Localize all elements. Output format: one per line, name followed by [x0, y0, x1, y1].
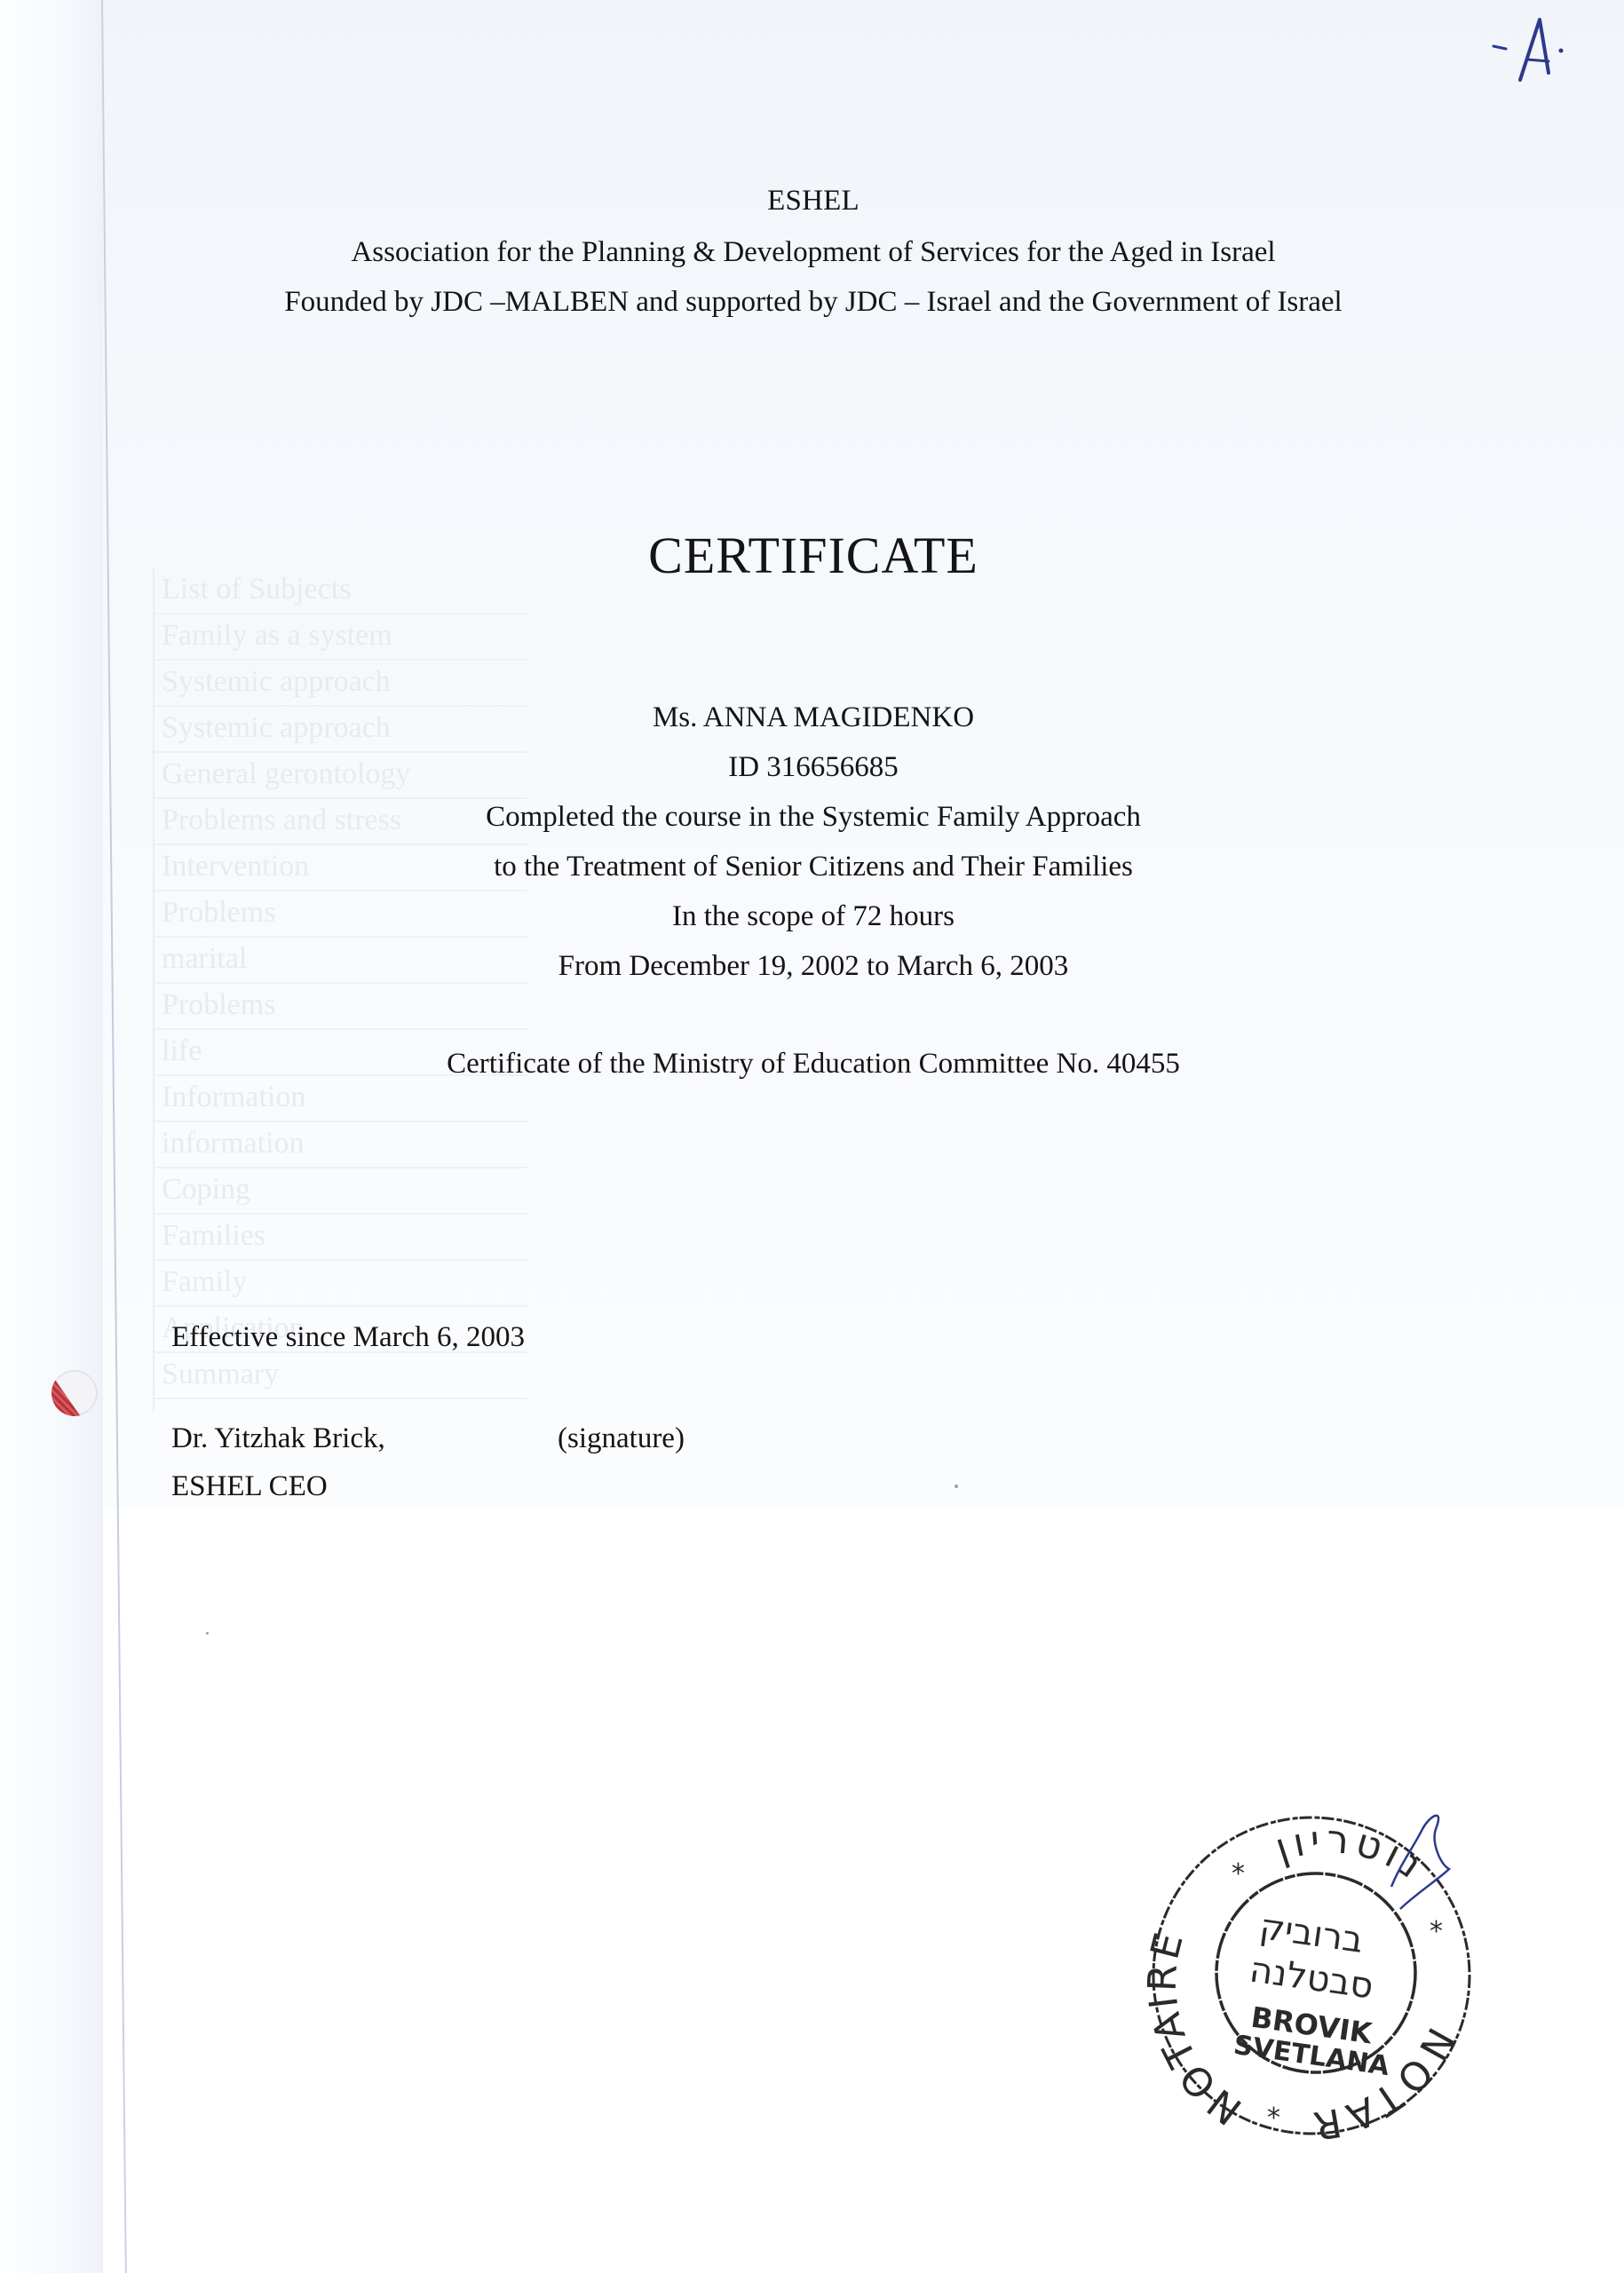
signatory-name: Dr. Yitzhak Brick,: [171, 1422, 385, 1455]
ministry-certificate-line: Certificate of the Ministry of Education…: [103, 1048, 1524, 1081]
signature-placeholder: (signature): [558, 1422, 685, 1455]
founded-by-line: Founded by JDC –MALBEN and supported by …: [103, 286, 1524, 319]
binding-punch-hole: [51, 1370, 98, 1416]
notary-stamp: NOTAIRE NOTARY נוטריון * * * ברוביק סבטל…: [1147, 1811, 1476, 2140]
certificate-title: CERTIFICATE: [103, 526, 1524, 585]
stamp-center: ברוביק סבטלנה BROVIK SVETLANA: [1147, 1811, 1476, 2140]
organization-name: ESHEL: [103, 185, 1524, 218]
association-description: Association for the Planning & Developme…: [103, 236, 1524, 269]
course-description-line-1: Completed the course in the Systemic Fam…: [103, 801, 1524, 834]
bleed-through-row: information: [154, 1122, 527, 1168]
bleed-through-row: Information: [154, 1076, 527, 1122]
bleed-through-row: Summary: [154, 1353, 527, 1399]
stray-dot: [206, 1632, 209, 1635]
recipient-id: ID 316656685: [103, 751, 1524, 784]
course-description-line-2: to the Treatment of Senior Citizens and …: [103, 851, 1524, 883]
signatory-title: ESHEL CEO: [171, 1470, 328, 1503]
bleed-through-row: Problems: [154, 984, 527, 1030]
course-scope: In the scope of 72 hours: [103, 900, 1524, 933]
course-dates: From December 19, 2002 to March 6, 2003: [103, 950, 1524, 983]
binding-shade: [0, 0, 105, 2273]
bleed-through-row: Families: [154, 1215, 527, 1261]
bleed-through-row: Family: [154, 1261, 527, 1307]
stray-dot: [955, 1485, 958, 1488]
bleed-through-row: Systemic approach: [154, 661, 527, 707]
bleed-through-table: List of SubjectsFamily as a systemSystem…: [153, 568, 527, 1412]
handwritten-a-mark: [1485, 11, 1582, 82]
bleed-through-row: Coping: [154, 1168, 527, 1215]
recipient-name: Ms. ANNA MAGIDENKO: [103, 701, 1524, 734]
binding-thread: [51, 1379, 82, 1416]
effective-date: Effective since March 6, 2003: [171, 1321, 525, 1354]
bleed-through-row: Family as a system: [154, 614, 527, 661]
